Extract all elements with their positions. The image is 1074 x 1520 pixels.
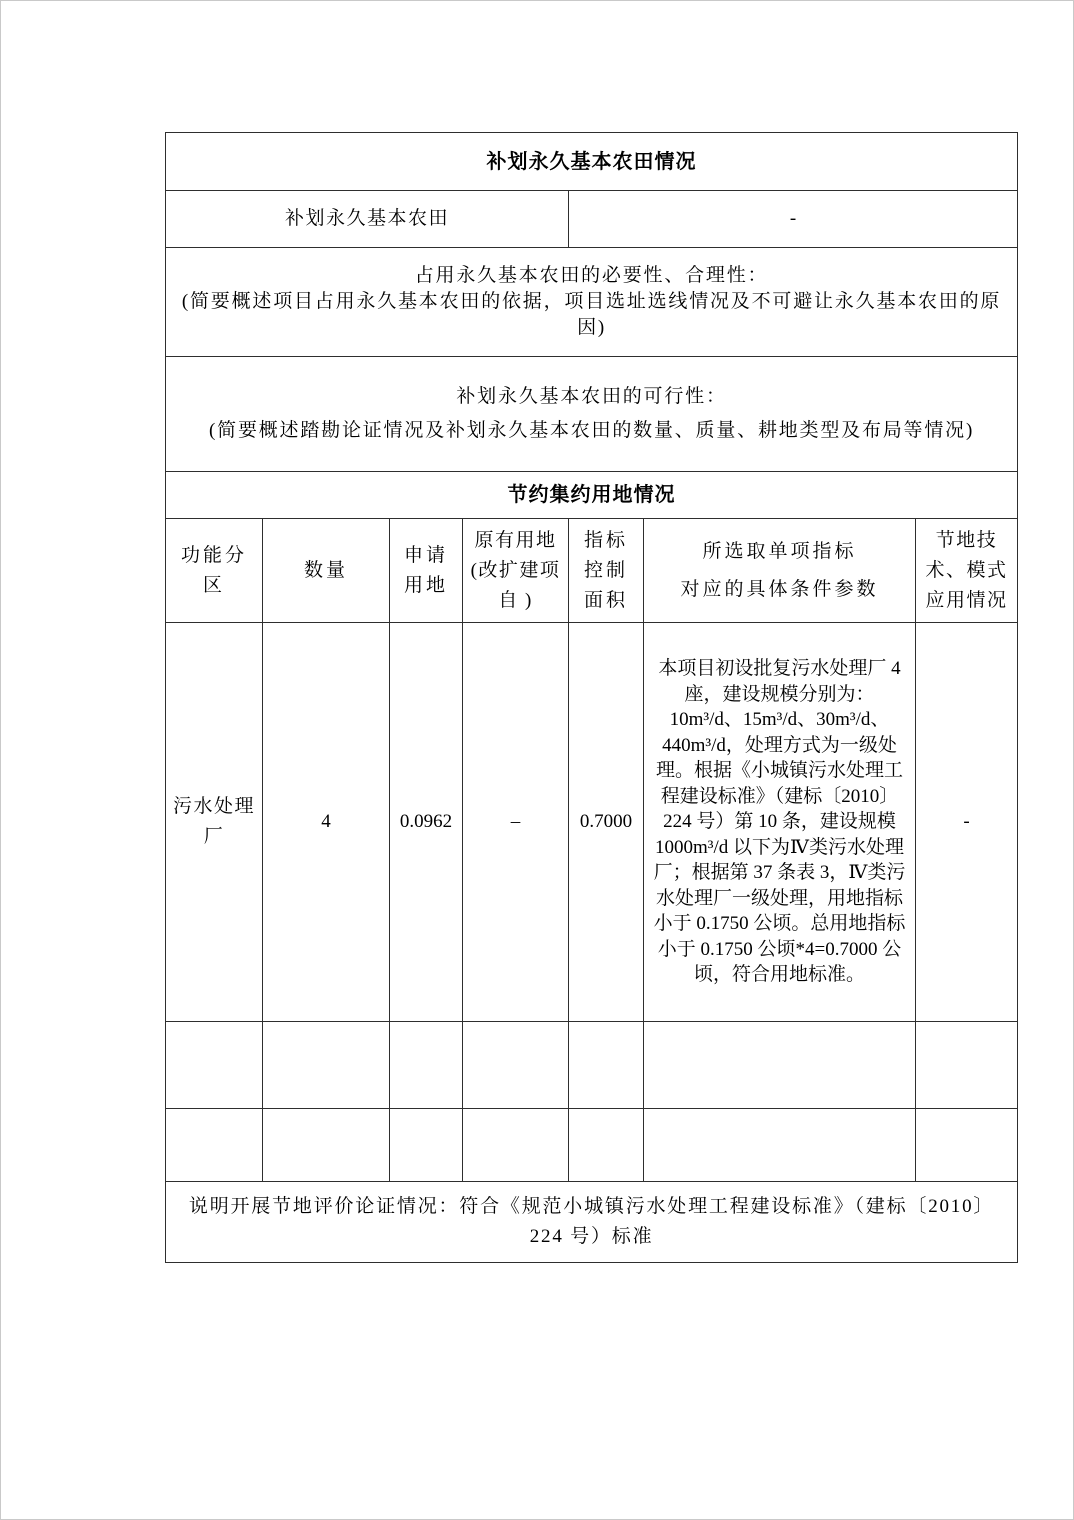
cell-functional-zone: 污水处理 厂 (166, 623, 263, 1022)
empty-cell (916, 1109, 1018, 1182)
feasibility-text: 补划永久基本农田的可行性： (简要概述踏勘论证情况及补划永久基本农田的数量、质量… (166, 357, 1018, 472)
row-occupation-necessity: 占用永久基本农田的必要性、合理性： (简要概述项目占用永久基本农田的依据，项目选… (166, 248, 1018, 357)
cell-quantity: 4 (263, 623, 390, 1022)
row-table-header: 功能分 区 数量 申请 用地 原有用地 (改扩建项 自 ) 指标 控制 面积 所… (166, 519, 1018, 623)
header-quantity: 数量 (263, 519, 390, 623)
row-empty-1 (166, 1022, 1018, 1109)
row-evaluation-note: 说明开展节地评价论证情况：符合《规范小城镇污水处理工程建设标准》（建标〔2010… (166, 1182, 1018, 1263)
empty-cell (644, 1022, 916, 1109)
empty-cell (916, 1022, 1018, 1109)
empty-cell (463, 1109, 569, 1182)
header-functional-zone: 功能分 区 (166, 519, 263, 623)
farmland-landuse-table: 补划永久基本农田情况 补划永久基本农田 - 占用永久基本农田的必要性、合理性： … (165, 132, 1018, 1263)
row-empty-2 (166, 1109, 1018, 1182)
header-index-control-area: 指标 控制 面积 (569, 519, 644, 623)
supplement-farmland-value: - (569, 191, 1018, 248)
cell-land-saving-tech: - (916, 623, 1018, 1022)
row-intensive-title: 节约集约用地情况 (166, 472, 1018, 519)
header-applied-land: 申请 用地 (390, 519, 463, 623)
empty-cell (644, 1109, 916, 1182)
empty-cell (390, 1109, 463, 1182)
supplement-farmland-label: 补划永久基本农田 (166, 191, 569, 248)
empty-cell (166, 1109, 263, 1182)
evaluation-note-text: 说明开展节地评价论证情况：符合《规范小城镇污水处理工程建设标准》（建标〔2010… (166, 1182, 1018, 1263)
section-title-supplement-farmland: 补划永久基本农田情况 (166, 133, 1018, 191)
row-supplement-farmland: 补划永久基本农田 - (166, 191, 1018, 248)
row-sewage-plant-data: 污水处理 厂 4 0.0962 – 0.7000 本项目初设批复污水处理厂 4 … (166, 623, 1018, 1022)
cell-existing-area: – (463, 623, 569, 1022)
empty-cell (569, 1022, 644, 1109)
section-title-intensive-landuse: 节约集约用地情况 (166, 472, 1018, 519)
empty-cell (463, 1022, 569, 1109)
cell-applied-area: 0.0962 (390, 623, 463, 1022)
row-feasibility: 补划永久基本农田的可行性： (简要概述踏勘论证情况及补划永久基本农田的数量、质量… (166, 357, 1018, 472)
header-existing-land: 原有用地 (改扩建项 自 ) (463, 519, 569, 623)
row-supplement-title: 补划永久基本农田情况 (166, 133, 1018, 191)
empty-cell (390, 1022, 463, 1109)
header-selected-index-parameters: 所选取单项指标 对应的具体条件参数 (644, 519, 916, 623)
empty-cell (166, 1022, 263, 1109)
empty-cell (263, 1109, 390, 1182)
document-page: 补划永久基本农田情况 补划永久基本农田 - 占用永久基本农田的必要性、合理性： … (0, 0, 1074, 1520)
occupation-necessity-text: 占用永久基本农田的必要性、合理性： (简要概述项目占用永久基本农田的依据，项目选… (166, 248, 1018, 357)
empty-cell (569, 1109, 644, 1182)
empty-cell (263, 1022, 390, 1109)
cell-control-area: 0.7000 (569, 623, 644, 1022)
cell-criteria-parameters: 本项目初设批复污水处理厂 4 座，建设规模分别为：10m³/d、15m³/d、3… (644, 623, 916, 1022)
header-land-saving-tech: 节地技 术、模式 应用情况 (916, 519, 1018, 623)
